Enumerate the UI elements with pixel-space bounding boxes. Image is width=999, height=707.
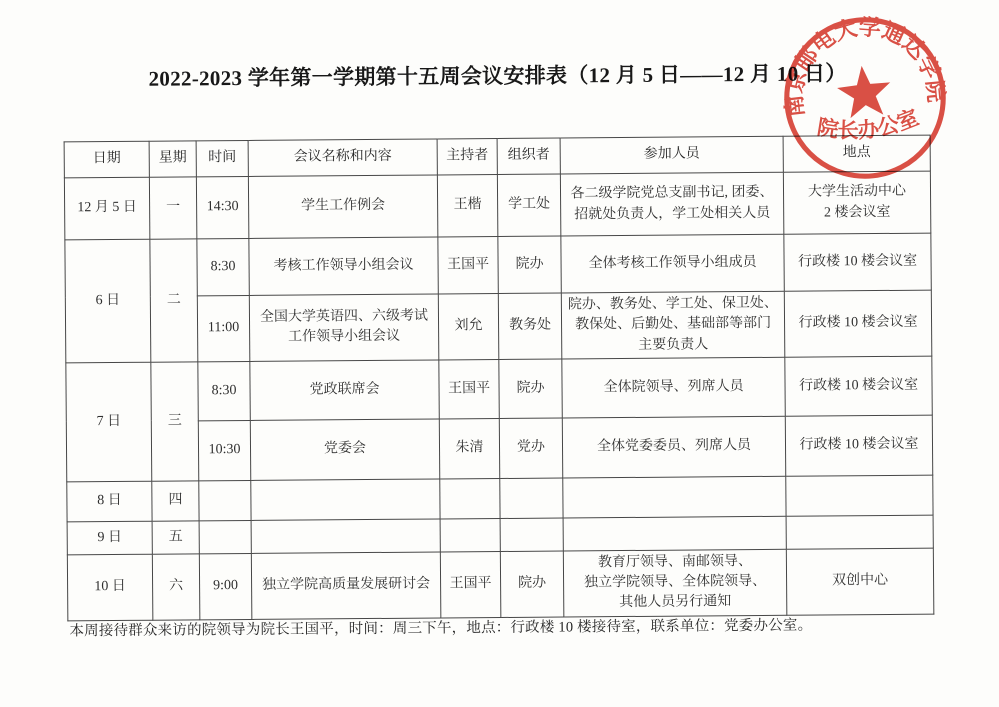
location-cell: 双创中心: [786, 548, 934, 615]
meeting-cell: [251, 479, 440, 520]
host-cell: 王国平: [439, 359, 499, 418]
col-header-meeting: 会议名称和内容: [248, 139, 437, 176]
location-cell: 大学生活动中心 2 楼会议室: [783, 171, 930, 234]
date-cell: 8 日: [67, 481, 152, 522]
organizer-cell: 院办: [499, 359, 562, 418]
document-sheet: 2022-2023 学年第一学期第十五周会议安排表（12 月 5 日——12 月…: [0, 0, 999, 707]
table-row: 7 日 三 8:30 党政联席会 王国平 院办 全体院领导、列席人员 行政楼 1…: [66, 356, 932, 422]
time-cell: [199, 520, 251, 553]
meeting-cell: 全国大学英语四、六级考试 工作领导小组会议: [249, 294, 439, 361]
time-cell: [199, 480, 251, 520]
location-cell: 行政楼 10 楼会议室: [785, 415, 932, 476]
col-header-week: 星期: [149, 141, 196, 177]
date-cell: 7 日: [66, 362, 152, 482]
organizer-cell: [500, 478, 563, 518]
table-row: 12 月 5 日 一 14:30 学生工作例会 王楷 学工处 各二级学院党总支副…: [64, 171, 930, 240]
week-cell: 四: [152, 481, 199, 521]
organizer-cell: 院办: [498, 236, 561, 293]
organizer-cell: 学工处: [497, 174, 560, 236]
meeting-cell: 考核工作领导小组会议: [249, 237, 438, 295]
time-cell: 14:30: [196, 176, 248, 238]
meeting-cell: [251, 519, 440, 553]
table-row: 6 日 二 8:30 考核工作领导小组会议 王国平 院办 全体考核工作领导小组成…: [65, 233, 931, 297]
host-cell: 刘允: [438, 294, 499, 360]
table-row: 8 日 四: [67, 475, 933, 522]
host-cell: 王楷: [437, 175, 497, 237]
host-cell: [440, 478, 500, 518]
time-cell: 9:00: [199, 553, 252, 619]
participants-cell: 全体考核工作领导小组成员: [561, 234, 784, 293]
participants-cell: 全体院领导、列席人员: [562, 357, 785, 418]
col-header-location: 地点: [783, 135, 930, 172]
host-cell: 王国平: [438, 237, 498, 294]
date-cell: 6 日: [65, 239, 151, 363]
participants-cell: [563, 476, 786, 518]
location-cell: [786, 475, 933, 516]
week-cell: 三: [151, 362, 199, 481]
col-header-organizer: 组织者: [497, 138, 560, 174]
participants-cell: 院办、教务处、学工处、保卫处、 教保处、后勤处、基础部等部门 主要负责人: [561, 291, 785, 359]
location-cell: 行政楼 10 楼会议室: [785, 356, 932, 416]
participants-cell: [563, 516, 786, 551]
time-cell: 8:30: [198, 361, 250, 420]
meeting-cell: 党委会: [250, 419, 439, 480]
meeting-schedule-table: 日期 星期 时间 会议名称和内容 主持者 组织者 参加人员 地点 12 月 5 …: [64, 135, 935, 622]
meeting-cell: 学生工作例会: [248, 175, 437, 238]
participants-cell: 各二级学院党总支副书记, 团委、 招就处负责人，学工处相关人员: [560, 172, 783, 236]
table-row: 10 日 六 9:00 独立学院高质量发展研讨会 王国平 院办 教育厅领导、南邮…: [67, 548, 933, 621]
week-cell: 六: [152, 554, 200, 620]
col-header-participants: 参加人员: [560, 136, 783, 174]
time-cell: 8:30: [197, 238, 249, 295]
location-cell: 行政楼 10 楼会议室: [784, 233, 931, 291]
date-cell: 9 日: [67, 521, 152, 555]
location-cell: 行政楼 10 楼会议室: [784, 290, 932, 357]
date-cell: 12 月 5 日: [64, 177, 149, 240]
organizer-cell: 教务处: [498, 293, 562, 359]
col-header-host: 主持者: [437, 139, 497, 175]
host-cell: [440, 518, 500, 551]
participants-cell: 教育厅领导、南邮领导、 独立学院领导、全体院领导、 其他人员另行通知: [563, 549, 787, 617]
week-cell: 五: [152, 521, 199, 554]
page-title: 2022-2023 学年第一学期第十五周会议安排表（12 月 5 日——12 月…: [0, 56, 997, 94]
meeting-cell: 独立学院高质量发展研讨会: [251, 552, 441, 619]
organizer-cell: [500, 518, 563, 551]
date-cell: 10 日: [67, 554, 153, 621]
time-cell: 11:00: [197, 295, 250, 361]
host-cell: 王国平: [440, 551, 501, 617]
time-cell: 10:30: [198, 420, 250, 480]
week-cell: 一: [149, 177, 196, 239]
week-cell: 二: [150, 239, 198, 362]
organizer-cell: 党办: [499, 418, 562, 478]
participants-cell: 全体党委委员、列席人员: [562, 416, 785, 478]
host-cell: 朱清: [439, 418, 499, 478]
location-cell: [786, 515, 933, 549]
col-header-time: 时间: [196, 140, 248, 176]
organizer-cell: 院办: [500, 551, 564, 617]
meeting-cell: 党政联席会: [250, 360, 439, 420]
col-header-date: 日期: [64, 141, 149, 178]
